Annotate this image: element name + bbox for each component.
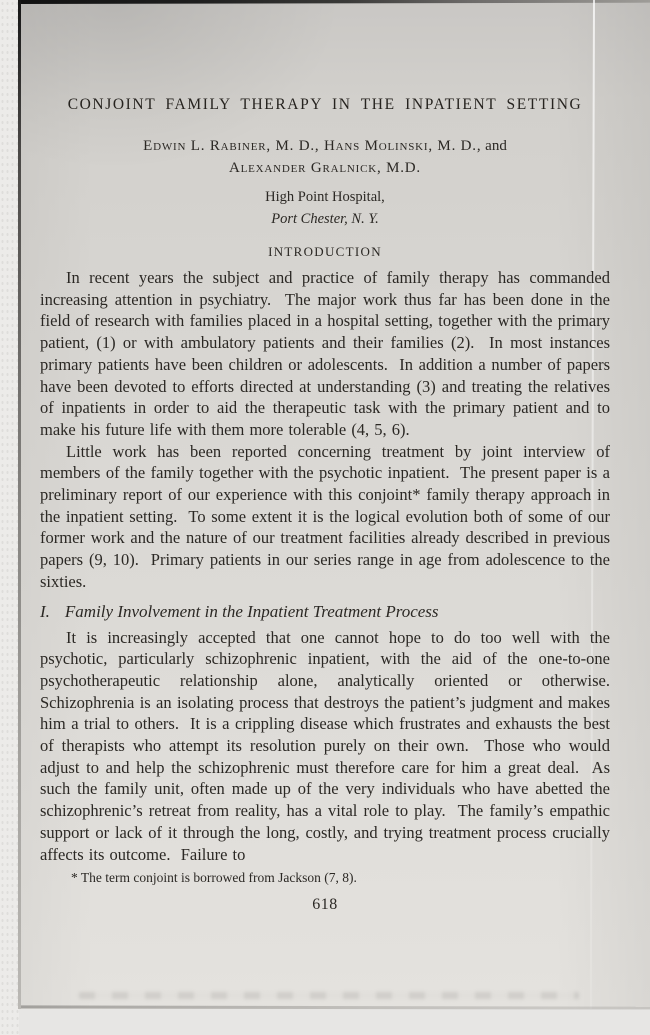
page-number: 618 — [40, 896, 610, 914]
scanner-margin — [0, 0, 19, 1035]
page-bottom-edge-shadow — [19, 1005, 650, 1009]
scan-page: CONJOINT FAMILY THERAPY IN THE INPATIENT… — [19, 0, 650, 1009]
article-title: CONJOINT FAMILY THERAPY IN THE INPATIENT… — [40, 96, 610, 114]
paragraph-2: Little work has been reported concerning… — [40, 441, 610, 593]
scan-background: { "document": { "title": "CONJOINT FAMIL… — [0, 0, 650, 1035]
authors-line-2: Alexander Gralnick, M.D. — [40, 157, 610, 179]
affiliation-hospital: High Point Hospital, — [40, 187, 610, 209]
paragraph-3: It is increasingly accepted that one can… — [40, 627, 610, 866]
affiliation-location: Port Chester, N. Y. — [40, 209, 610, 231]
page-left-edge-shadow — [18, 0, 21, 1009]
authors-block: Edwin L. Rabiner, M. D., Hans Molinski, … — [40, 135, 610, 179]
footnote: * The term conjoint is borrowed from Jac… — [40, 869, 610, 887]
bleed-through-marks — [79, 992, 579, 999]
page-content: CONJOINT FAMILY THERAPY IN THE INPATIENT… — [40, 0, 610, 914]
authors-line-1: Edwin L. Rabiner, M. D., Hans Molinski, … — [40, 135, 610, 157]
subsection-title: Family Involvement in the Inpatient Trea… — [65, 602, 439, 621]
subsection-number: I. — [40, 602, 50, 621]
authors-names: Edwin L. Rabiner, M. D., Hans Molinski, … — [143, 138, 481, 154]
introduction-heading: INTRODUCTION — [40, 244, 610, 260]
affiliation-block: High Point Hospital, Port Chester, N. Y. — [40, 187, 610, 230]
authors-conjunction: and — [485, 138, 507, 154]
paragraph-1: In recent years the subject and practice… — [40, 267, 610, 441]
subsection-heading: I.Family Involvement in the Inpatient Tr… — [40, 602, 610, 622]
